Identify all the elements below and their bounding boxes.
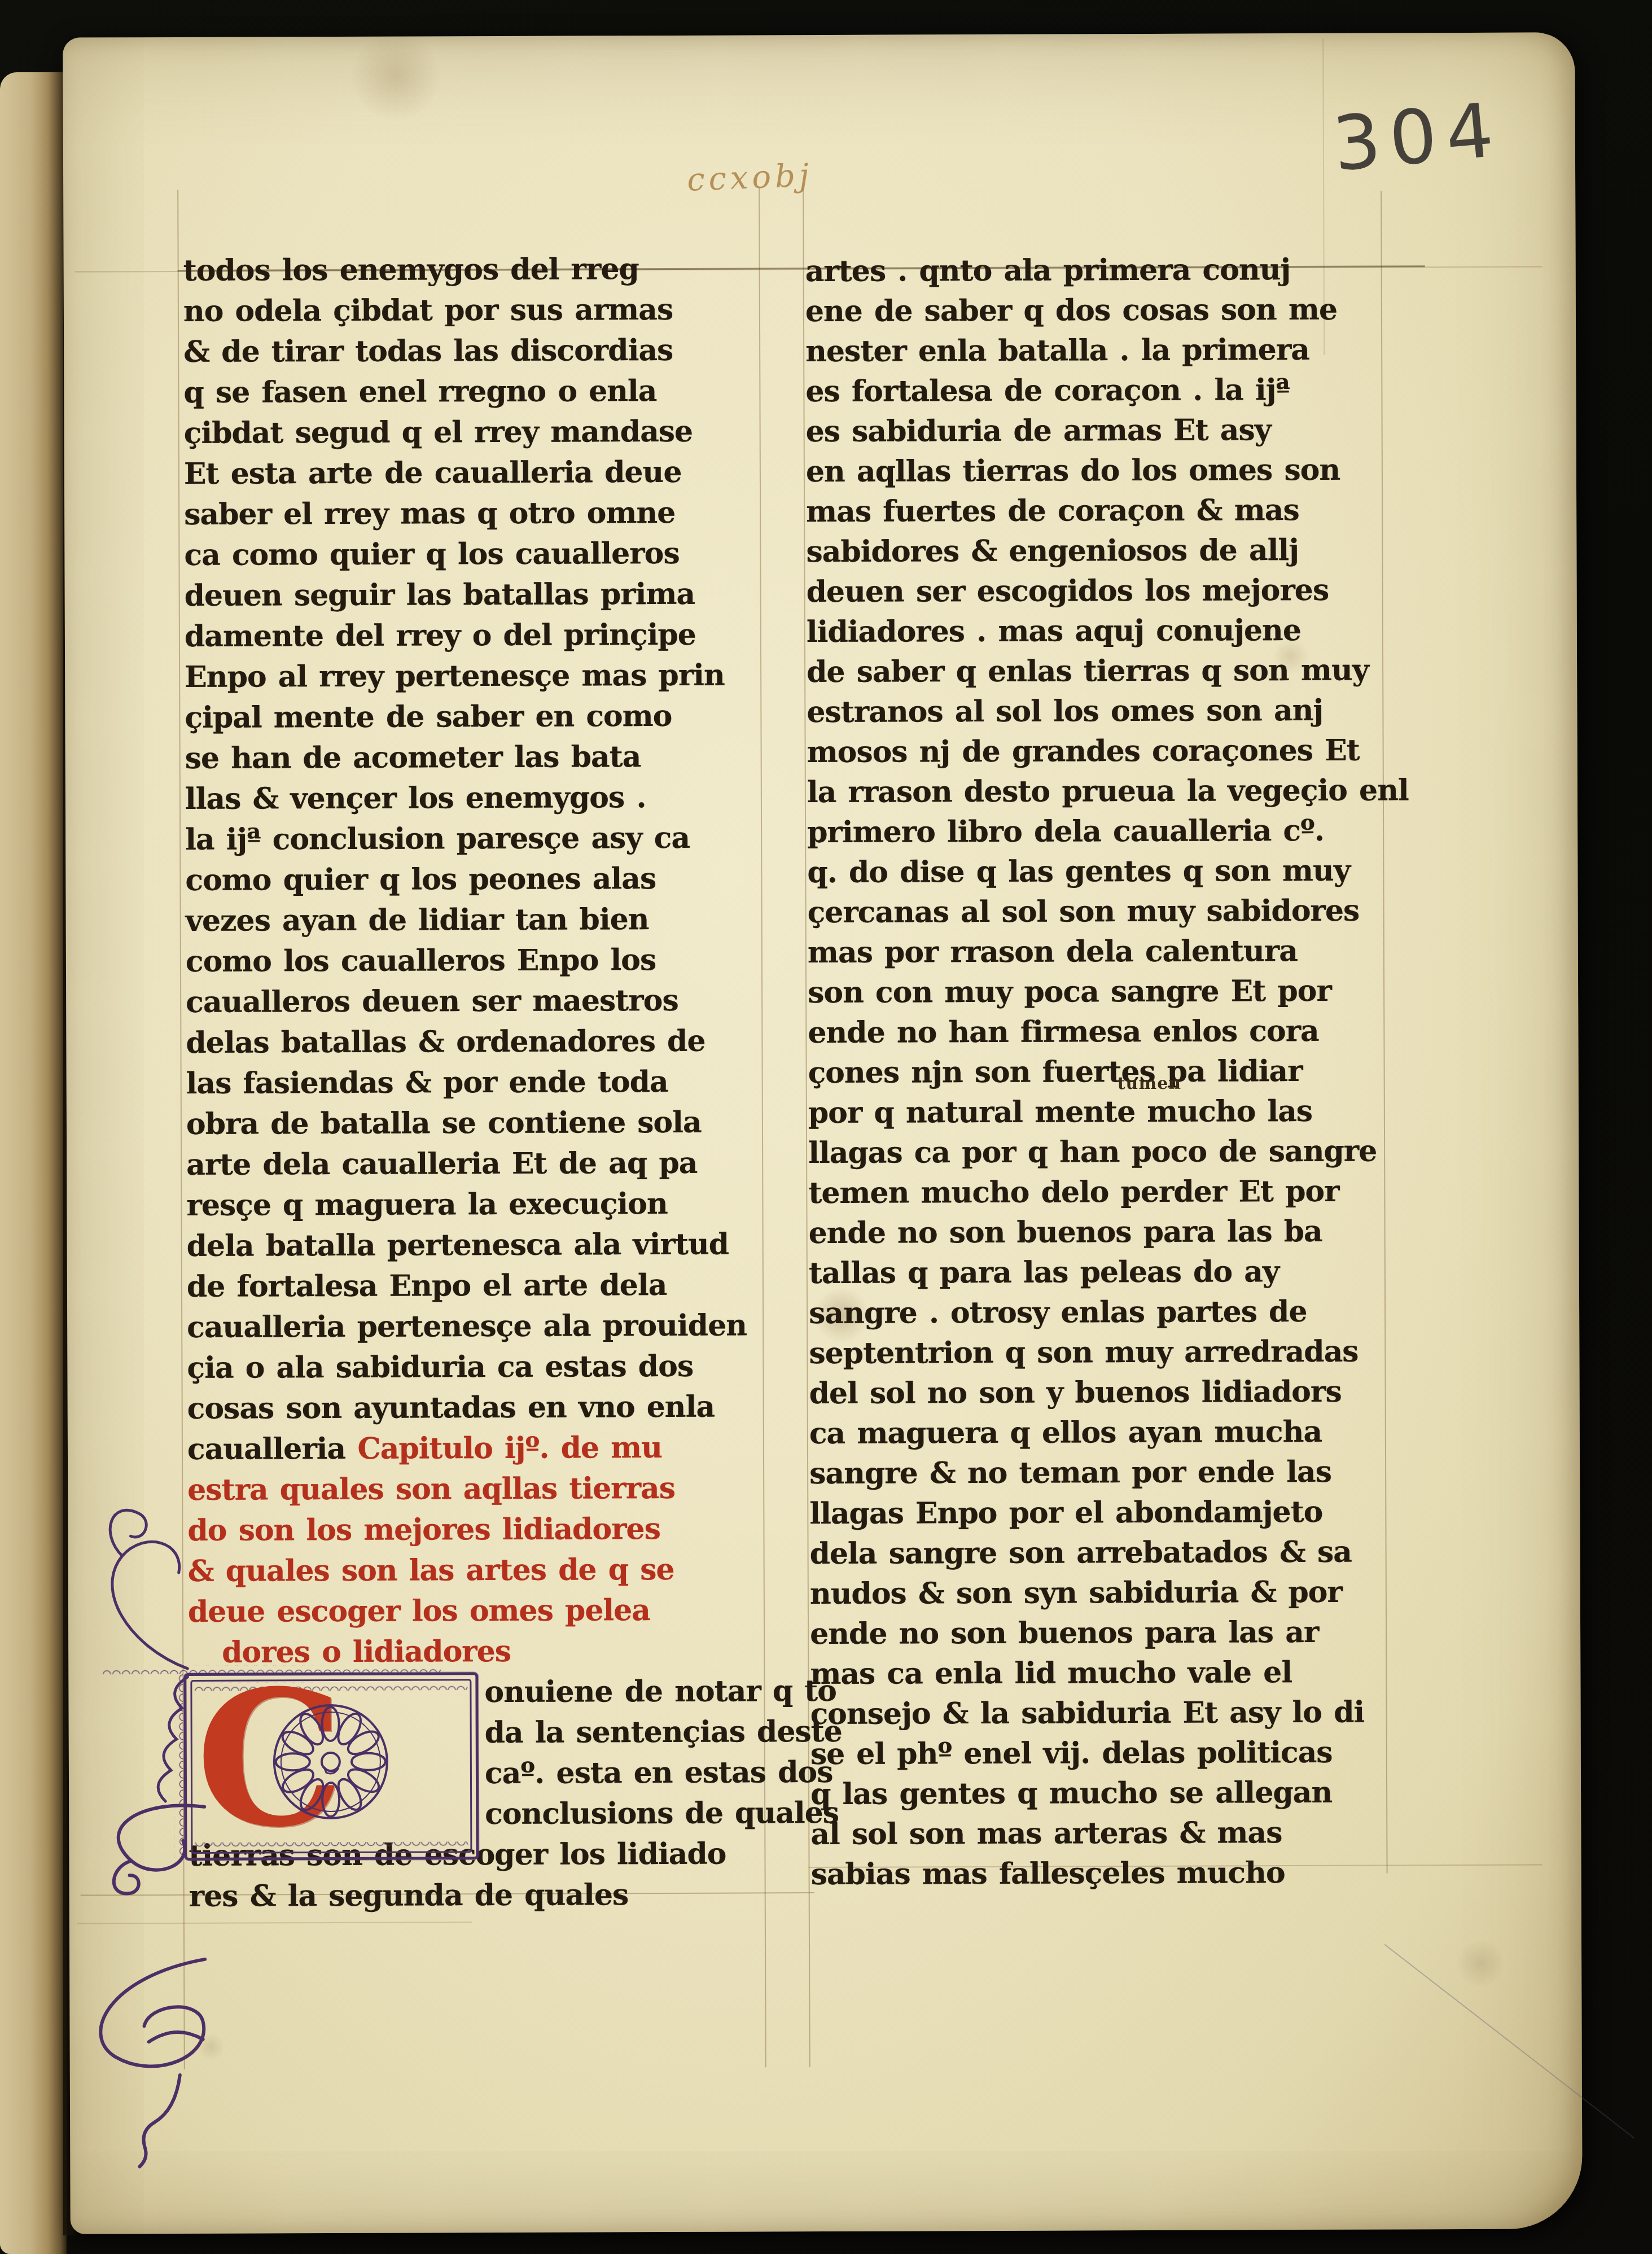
manuscript-line: mas ca enla lid mucho vale el xyxy=(810,1655,1397,1697)
manuscript-line: sabias mas fallesçeles mucho xyxy=(810,1855,1397,1897)
manuscript-line: dela sangre son arrebatados & sa xyxy=(809,1534,1396,1577)
manuscript-line: sabidores & engeniosos de allj xyxy=(806,532,1393,575)
body-text: delas batallas & ordenadores de xyxy=(186,1024,705,1060)
penwork-flourish xyxy=(63,1790,223,2197)
rubric-text: Capitulo ijº. de mu xyxy=(357,1430,662,1466)
crease-line xyxy=(1384,1944,1635,2139)
body-text: çipal mente de saber en como xyxy=(185,699,672,735)
decorated-initial: C xyxy=(183,1672,479,1861)
manuscript-line: onuiene de notar q to xyxy=(484,1674,775,1715)
manuscript-line: vezes ayan de lidiar tan bien xyxy=(186,901,773,944)
manuscript-line: nudos & son syn sabiduria & por xyxy=(810,1574,1397,1617)
body-text: lidiadores . mas aquj conujene xyxy=(807,613,1301,649)
body-text: es sabiduria de armas Et asy xyxy=(806,413,1272,449)
body-text: caualleria pertenesçe ala prouiden xyxy=(187,1308,747,1344)
body-text: se han de acometer las bata xyxy=(185,739,641,776)
body-text: ende no son buenos para las ba xyxy=(809,1214,1322,1250)
body-text: temen mucho delo perder Et por xyxy=(808,1174,1339,1210)
manuscript-line: al sol son mas arteras & mas xyxy=(810,1815,1397,1857)
body-text: septentrion q son muy arredradas xyxy=(809,1334,1358,1371)
body-text: çercanas al sol son muy sabidores xyxy=(808,894,1360,930)
manuscript-line: llas & vençer los enemygos . xyxy=(185,780,772,822)
body-text: como quier q los peones alas xyxy=(185,861,656,898)
body-text: q se fasen enel rregno o enla xyxy=(183,374,656,410)
body-text: q. do dise q las gentes q son muy xyxy=(807,854,1350,890)
body-text: caualleria xyxy=(187,1432,358,1467)
body-text: todos los enemygos del rreg xyxy=(183,252,639,288)
manuscript-line: do son los mejores lidiadores xyxy=(187,1511,774,1554)
manuscript-line: deuen ser escogidos los mejores xyxy=(807,572,1394,615)
manuscript-line: q las gentes q mucho se allegan xyxy=(810,1775,1397,1817)
body-text: caualleros deuen ser maestros xyxy=(186,983,678,1019)
manuscript-line: no odela çibdat por sus armas xyxy=(183,292,770,335)
body-text: conclusions de quales xyxy=(485,1796,839,1831)
manuscript-line: lidiadores . mas aquj conujene xyxy=(807,612,1394,655)
manuscript-line: Enpo al rrey pertenesçe mas prin xyxy=(185,658,772,701)
body-text: ene de saber q dos cosas son me xyxy=(805,292,1337,329)
body-text: & de tirar todas las discordias xyxy=(183,333,673,369)
manuscript-line: las fasiendas & por ende toda xyxy=(186,1064,773,1107)
manuscript-line: ende no son buenos para las ba xyxy=(809,1214,1396,1256)
manuscript-line: çercanas al sol son muy sabidores xyxy=(808,893,1395,935)
penwork-flourish xyxy=(60,1488,196,1805)
body-text: consejo & la sabiduria Et asy lo di xyxy=(810,1695,1364,1731)
manuscript-line: temen mucho delo perder Et por xyxy=(808,1174,1395,1216)
manuscript-line: damente del rrey o del prinçipe xyxy=(185,617,772,660)
body-text: es fortalesa de coraçon . la ijª xyxy=(805,373,1290,409)
manuscript-line: sangre & no teman por ende las xyxy=(809,1454,1396,1496)
body-text: deuen ser escogidos los mejores xyxy=(807,573,1329,609)
manuscript-line: todos los enemygos del rreg xyxy=(183,251,770,294)
interlinear-note: tumen xyxy=(1118,1074,1181,1093)
body-text: sabidores & engeniosos de allj xyxy=(806,533,1299,569)
body-text: res & la segunda de quales xyxy=(189,1877,629,1914)
manuscript-line: se el phº enel vij. delas politicas xyxy=(810,1735,1397,1777)
body-text: nudos & son syn sabiduria & por xyxy=(810,1575,1342,1611)
body-text: sabias mas fallesçeles mucho xyxy=(810,1855,1285,1892)
body-text: llagas ca por q han poco de sangre xyxy=(808,1134,1377,1171)
body-text: al sol son mas arteras & mas xyxy=(810,1815,1282,1852)
manuscript-line: es fortalesa de coraçon . la ijª xyxy=(805,372,1392,414)
manuscript-line: cosas son ayuntadas en vno enla xyxy=(187,1389,774,1432)
body-text: arte dela caualleria Et de aq pa xyxy=(186,1146,697,1182)
body-text: dela sangre son arrebatados & sa xyxy=(809,1535,1352,1571)
body-text: obra de batalla se contiene sola xyxy=(186,1105,702,1141)
rubric-text: deue escoger los omes pelea xyxy=(188,1593,650,1629)
manuscript-line: ca como quier q los caualleros xyxy=(184,536,771,579)
manuscript-line: mas fuertes de coraçon & mas xyxy=(806,492,1393,535)
rubric-text: & quales son las artes de q se xyxy=(188,1552,674,1588)
manuscript-line: q se fasen enel rregno o enla xyxy=(183,373,770,416)
manuscript-line: arte dela caualleria Et de aq pa xyxy=(186,1145,773,1188)
body-text: la ijª conclusion paresçe asy ca xyxy=(185,821,690,857)
body-text: nester enla batalla . la primera xyxy=(805,332,1309,369)
body-text: llas & vençer los enemygos . xyxy=(185,780,646,816)
manuscript-line: son con muy poca sangre Et por xyxy=(808,973,1395,1016)
manuscript-line: llagas Enpo por el abondamjeto xyxy=(809,1494,1396,1537)
manuscript-line: dela batalla pertenesca ala virtud xyxy=(187,1227,774,1270)
manuscript-line: en aqllas tierras do los omes son xyxy=(806,452,1393,494)
manuscript-line: sangre . otrosy enlas partes de xyxy=(809,1294,1396,1336)
manuscript-line: caualleria pertenesçe ala prouiden xyxy=(187,1308,774,1351)
manuscript-line: caualleria Capitulo ijº. de mu xyxy=(187,1430,774,1473)
manuscript-line: septentrion q son muy arredradas xyxy=(809,1334,1396,1376)
manuscript-page: 304 ccxobj todos los enemygos del rregno… xyxy=(63,32,1583,2234)
manuscript-line: çones njn son fuertes pa lidiar xyxy=(808,1053,1395,1096)
body-text: çia o ala sabiduria ca estas dos xyxy=(187,1349,693,1385)
manuscript-line: llagas ca por q han poco de sangre xyxy=(808,1133,1395,1176)
manuscript-line: es sabiduria de armas Et asy xyxy=(806,412,1393,454)
body-text: mas fuertes de coraçon & mas xyxy=(806,493,1299,529)
body-text: da la sentençias deste xyxy=(485,1714,842,1750)
body-text: mas ca enla lid mucho vale el xyxy=(810,1655,1292,1691)
manuscript-line: saber el rrey mas q otro omne xyxy=(184,495,771,538)
body-text: q las gentes q mucho se allegan xyxy=(810,1775,1332,1811)
manuscript-line: obra de batalla se contiene sola xyxy=(186,1105,773,1148)
body-text: deuen seguir las batallas prima xyxy=(185,577,695,613)
body-text: primero libro dela caualleria cº. xyxy=(807,813,1324,850)
rubric-text: estra quales son aqllas tierras xyxy=(187,1471,675,1507)
manuscript-line: mosos nj de grandes coraçones Et xyxy=(807,733,1394,775)
manuscript-line: q. do dise q las gentes q son muy xyxy=(807,853,1394,895)
body-text: mosos nj de grandes coraçones Et xyxy=(807,733,1360,769)
body-text: estranos al sol los omes son anj xyxy=(807,693,1323,729)
body-text: de fortalesa Enpo el arte dela xyxy=(187,1268,667,1304)
body-text: ende no son buenos para las ar xyxy=(810,1615,1318,1651)
manuscript-line: de saber q enlas tierras q son muy xyxy=(807,653,1394,695)
manuscript-line: deuen seguir las batallas prima xyxy=(185,576,772,619)
body-text: de saber q enlas tierras q son muy xyxy=(807,653,1369,689)
body-text: la rrason desto prueua la vegeçio enl xyxy=(807,773,1409,809)
manuscript-line: estranos al sol los omes son anj xyxy=(807,693,1394,735)
body-text: dela batalla pertenesca ala virtud xyxy=(187,1227,729,1263)
manuscript-line: del sol no son y buenos lidiadors xyxy=(809,1374,1396,1416)
body-text: llagas Enpo por el abondamjeto xyxy=(809,1495,1322,1531)
manuscript-line: & de tirar todas las discordias xyxy=(183,332,770,375)
body-text: saber el rrey mas q otro omne xyxy=(184,496,675,532)
body-text: en aqllas tierras do los omes son xyxy=(806,453,1340,489)
body-text: resçe q maguera la execuçion xyxy=(186,1187,668,1223)
manuscript-line: delas batallas & ordenadores de xyxy=(186,1023,773,1066)
right-text-column: artes . qnto ala primera conujene de sab… xyxy=(805,252,1398,1897)
manuscript-line: resçe q maguera la execuçion xyxy=(186,1186,773,1229)
manuscript-line: Et esta arte de caualleria deue xyxy=(184,454,771,497)
manuscript-line: çibdat segud q el rrey mandase xyxy=(184,414,771,457)
manuscript-line: nester enla batalla . la primera xyxy=(805,332,1392,374)
manuscript-line: res & la segunda de quales xyxy=(189,1877,776,1920)
manuscript-line: estra quales son aqllas tierras xyxy=(187,1470,774,1513)
manuscript-line: la ijª conclusion paresçe asy ca xyxy=(185,820,772,863)
body-text: son con muy poca sangre Et por xyxy=(808,974,1331,1010)
manuscript-line: se han de acometer las bata xyxy=(185,739,772,782)
body-text: mas por rrason dela calentura xyxy=(808,934,1298,970)
manuscript-line: consejo & la sabiduria Et asy lo di xyxy=(810,1695,1397,1737)
body-text: çones njn son fuertes pa lidiar xyxy=(808,1054,1303,1090)
body-text: çibdat segud q el rrey mandase xyxy=(184,414,693,450)
manuscript-line: como los caualleros Enpo los xyxy=(186,942,773,985)
manuscript-line: da la sentençias deste xyxy=(485,1714,775,1756)
body-text: ca como quier q los caualleros xyxy=(184,536,679,572)
body-text: cosas son ayuntadas en vno enla xyxy=(187,1390,715,1426)
body-text: caº. esta en estas dos xyxy=(485,1755,833,1791)
manuscript-line: deue escoger los omes pelea xyxy=(188,1592,775,1635)
body-text: sangre & no teman por ende las xyxy=(809,1455,1331,1491)
facing-page-edge xyxy=(0,72,67,2254)
manuscript-line: tallas q para las peleas do ay xyxy=(809,1254,1396,1296)
manuscript-line: & quales son las artes de q se xyxy=(188,1552,775,1595)
body-text: sangre . otrosy enlas partes de xyxy=(809,1294,1307,1330)
manuscript-photo: 304 ccxobj todos los enemygos del rregno… xyxy=(0,0,1652,2254)
body-text: Enpo al rrey pertenesçe mas prin xyxy=(185,658,725,694)
manuscript-line: artes . qnto ala primera conuj xyxy=(805,252,1392,294)
manuscript-line: caº. esta en estas dos xyxy=(485,1755,775,1797)
manuscript-line: caualleros deuen ser maestros xyxy=(186,983,773,1026)
folio-number: 304 xyxy=(1329,86,1506,189)
manuscript-line: la rrason desto prueua la vegeçio enl xyxy=(807,773,1394,815)
body-text: onuiene de notar q to xyxy=(484,1674,836,1709)
manuscript-line: ene de saber q dos cosas son me xyxy=(805,292,1392,334)
manuscript-line: mas por rrason dela calentura xyxy=(808,933,1395,975)
top-annotation: ccxobj xyxy=(686,157,814,199)
manuscript-line: primero libro dela caualleria cº. xyxy=(807,813,1394,855)
manuscript-line: ca maguera q ellos ayan mucha xyxy=(809,1414,1396,1456)
body-text: por q natural mente mucho las xyxy=(808,1094,1312,1130)
body-text: las fasiendas & por ende toda xyxy=(186,1065,668,1101)
manuscript-line: por q natural mente mucho las xyxy=(808,1093,1395,1136)
manuscript-line: como quier q los peones alas xyxy=(185,861,772,904)
manuscript-line: çia o ala sabiduria ca estas dos xyxy=(187,1349,774,1391)
body-text: damente del rrey o del prinçipe xyxy=(185,618,696,654)
manuscript-line: conclusions de quales xyxy=(485,1796,775,1837)
body-text: ca maguera q ellos ayan mucha xyxy=(809,1415,1322,1451)
body-text: del sol no son y buenos lidiadors xyxy=(809,1375,1342,1411)
body-text: vezes ayan de lidiar tan bien xyxy=(186,902,649,938)
body-text: tallas q para las peleas do ay xyxy=(809,1254,1279,1290)
body-text: ende no han firmesa enlos cora xyxy=(808,1014,1318,1050)
rubric-text: do son los mejores lidiadores xyxy=(187,1512,660,1548)
body-text: Et esta arte de caualleria deue xyxy=(184,455,682,491)
body-text: no odela çibdat por sus armas xyxy=(183,292,673,329)
body-text: se el phº enel vij. delas politicas xyxy=(810,1735,1333,1771)
manuscript-line: çipal mente de saber en como xyxy=(185,698,772,741)
manuscript-line: de fortalesa Enpo el arte dela xyxy=(187,1267,774,1310)
manuscript-line: ende no son buenos para las ar xyxy=(810,1614,1397,1657)
body-text: como los caualleros Enpo los xyxy=(186,943,656,979)
manuscript-line: ende no han firmesa enlos cora xyxy=(808,1013,1395,1056)
rosette-ornament xyxy=(265,1697,396,1827)
body-text: artes . qnto ala primera conuj xyxy=(805,252,1291,288)
